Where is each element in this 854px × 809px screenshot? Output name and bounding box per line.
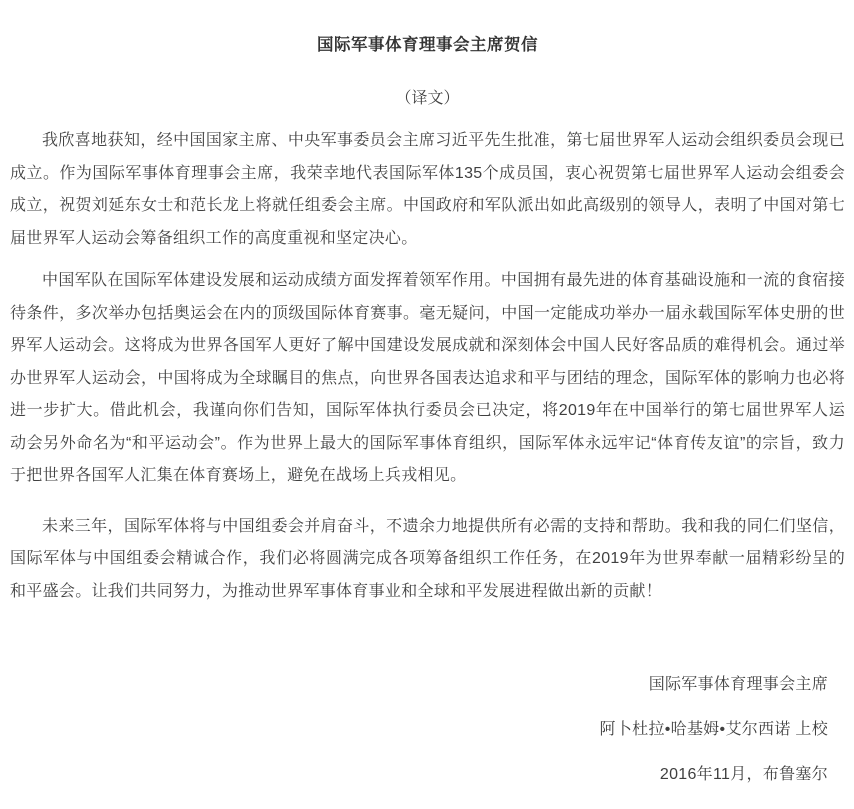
letter-document: 国际军事体育理事会主席贺信 （译文） 我欣喜地获知，经中国国家主席、中央军事委员… [0,0,854,809]
signature-sender-title: 国际军事体育理事会主席 [10,669,845,701]
letter-paragraph-1: 我欣喜地获知，经中国国家主席、中央军事委员会主席习近平先生批准，第七届世界军人运… [10,125,845,255]
letter-paragraph-2: 中国军队在国际军体建设发展和运动成绩方面发挥着领军作用。中国拥有最先进的体育基础… [10,265,845,493]
signature-sender-name: 阿卜杜拉•哈基姆•艾尔西诺 上校 [10,714,845,746]
letter-paragraph-3: 未来三年，国际军体将与中国组委会并肩奋斗，不遗余力地提供所有必需的支持和帮助。我… [10,511,845,609]
page-title: 国际军事体育理事会主席贺信 [10,29,845,61]
translation-note: （译文） [10,83,845,115]
signature-date-place: 2016年11月，布鲁塞尔 [10,759,845,791]
signature-block: 国际军事体育理事会主席 阿卜杜拉•哈基姆•艾尔西诺 上校 2016年11月，布鲁… [10,669,845,791]
signature-spacer [10,608,845,669]
